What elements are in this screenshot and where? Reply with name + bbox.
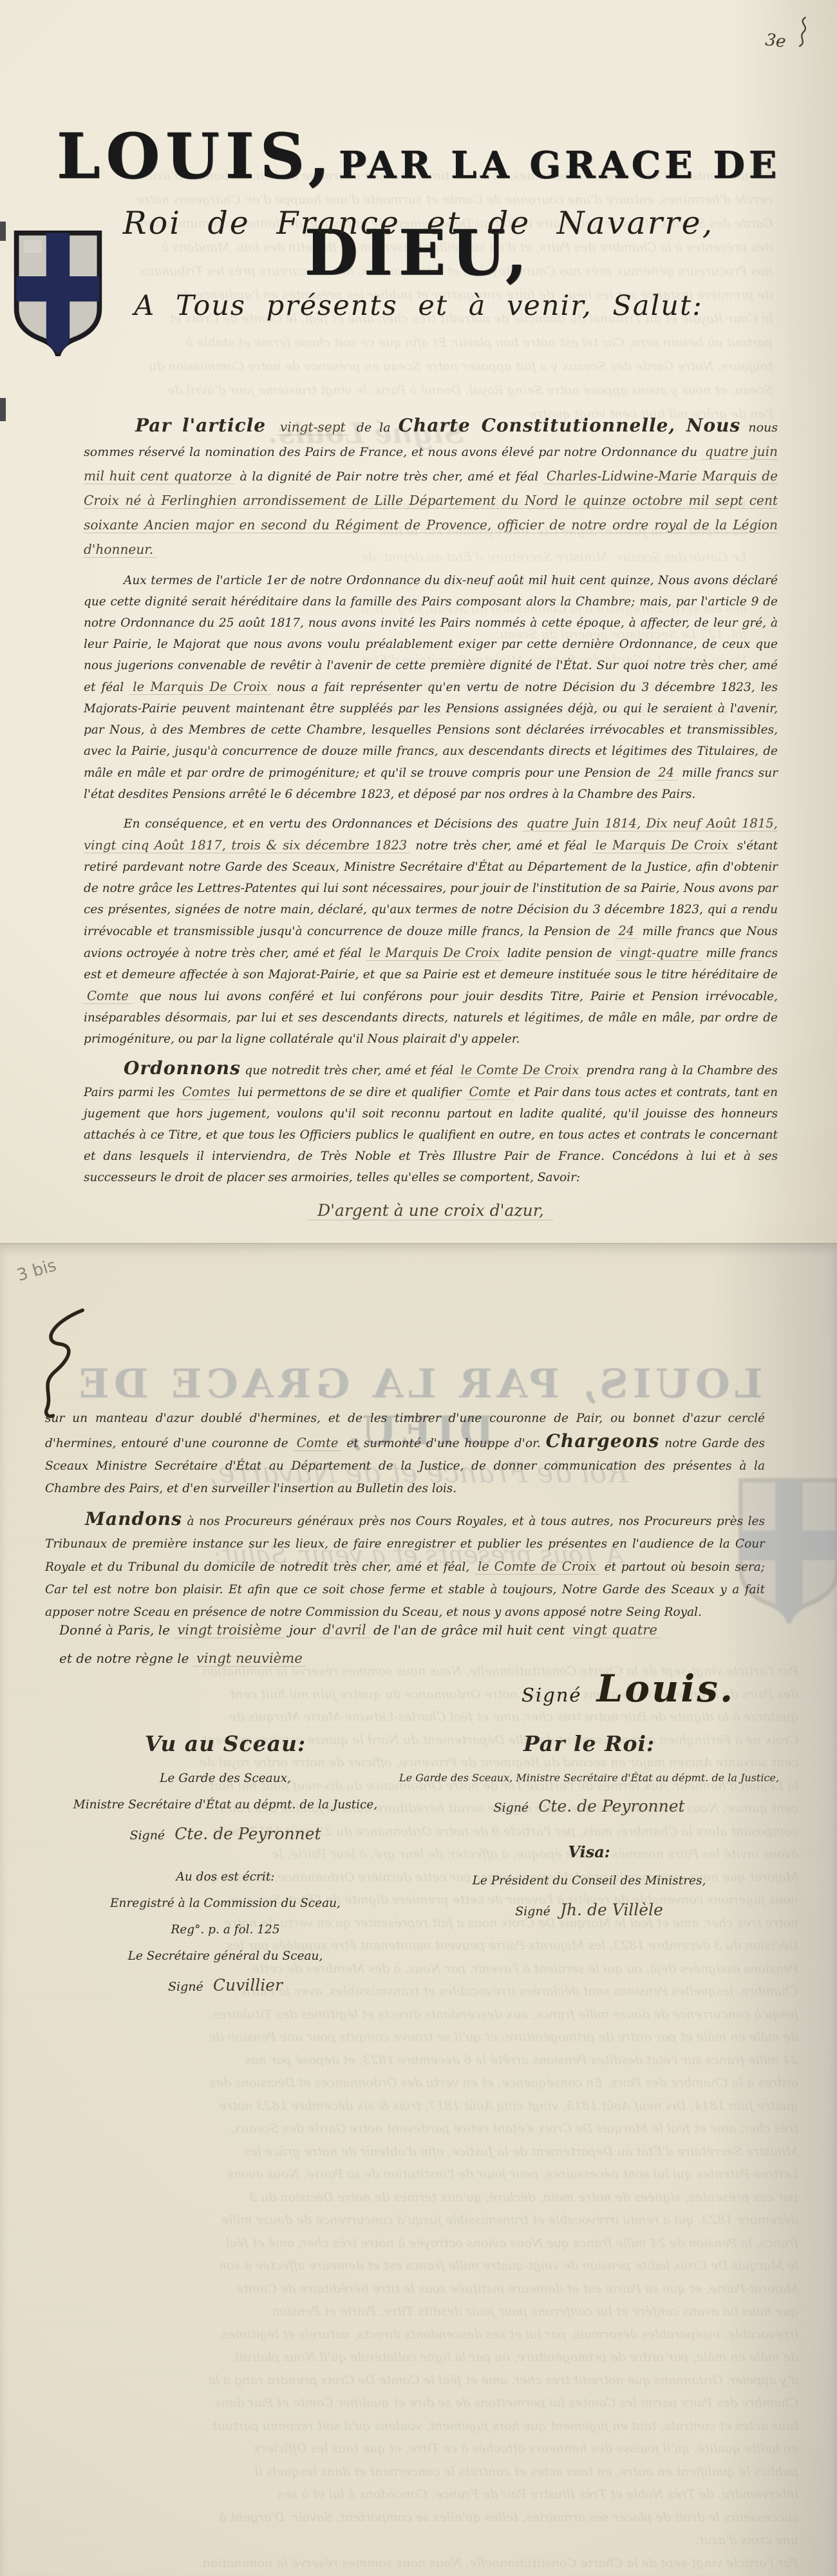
- paragraph-manteau: sur un manteau d'azur doublé d'hermines,…: [45, 1407, 765, 1500]
- engrossed-text: En conséquence, et en vertu des Ordonnan…: [124, 817, 523, 831]
- engrossed-text: Donné à Paris, le: [59, 1622, 174, 1638]
- handwritten-fill: vingt-sept: [277, 419, 349, 435]
- peyronnet-signature: Signé Cte. de Peyronnet: [71, 1824, 380, 1843]
- engrossed-text: notre très cher, amé et féal: [410, 839, 592, 853]
- signe-label: Signé: [522, 1684, 582, 1706]
- engrossed-text: s'étant retiré pardevant notre Garde des…: [84, 839, 778, 938]
- showthrough-line: toujours, Notre Garde des Sceaux y a fai…: [71, 355, 773, 379]
- title-par-la-grace: PAR LA GRACE DE: [339, 144, 780, 187]
- handwritten-fill: vingt troisième: [174, 1622, 285, 1638]
- handwritten-fill: Comte: [466, 1084, 514, 1100]
- handwritten-fill: vingt neuvième: [193, 1650, 306, 1667]
- blazon-line: D'argent à une croix d'azur,: [84, 1200, 778, 1221]
- corner-annotation-text: 3e: [764, 30, 787, 52]
- engrossed-text: Ordonnons: [124, 1057, 241, 1079]
- signe-label: Signé: [129, 1828, 165, 1842]
- engrossed-text: et Pair dans tous actes et contrats, tan…: [84, 1086, 778, 1184]
- document-scan: sur un manteau d'azur doublé d'hermines,…: [0, 0, 837, 2576]
- engrossed-text: et de notre règne le: [59, 1651, 193, 1666]
- engrossed-text: jour: [285, 1622, 319, 1638]
- corner-paraph-icon: [791, 14, 816, 50]
- reign-year-line: et de notre règne le vingt neuvième: [59, 1650, 639, 1666]
- handwritten-fill: Comtes: [179, 1084, 234, 1100]
- engrossed-text: et surmonté d'une houppe d'or.: [342, 1437, 546, 1450]
- page-1: sur un manteau d'azur doublé d'hermines,…: [0, 0, 837, 1243]
- title-louis: LOUIS,: [57, 120, 335, 193]
- corner-annotation: 3e: [764, 12, 816, 54]
- peyronnet-name: Cte. de Peyronnet: [168, 1824, 321, 1843]
- engrossed-text: de la: [349, 421, 399, 435]
- engrossed-text: Mandons: [85, 1508, 182, 1529]
- engrossed-text: Aux termes de l'article 1er de notre Ord…: [84, 574, 778, 694]
- handwritten-fill: le Marquis De Croix: [592, 838, 732, 853]
- handwritten-fill: vingt-quatre: [616, 945, 702, 961]
- page1-text-column: Par l'article vingt-sept de la Charte Co…: [84, 413, 778, 1229]
- cuvillier-signature: Signé Cuvillier: [71, 1976, 380, 1994]
- handwritten-fill: d'avril: [319, 1622, 370, 1638]
- au-dos-line: Au dos est écrit:: [71, 1870, 380, 1884]
- engrossed-text: Chargeons: [546, 1430, 660, 1452]
- blazon-text: D'argent à une croix d'azur,: [308, 1201, 553, 1220]
- villele-name: Jh. de Villèle: [554, 1900, 663, 1919]
- showthrough-line: Sceau, et nous y avons apposé notre Sein…: [71, 379, 773, 402]
- handwritten-fill: le Marquis De Croix: [129, 679, 271, 695]
- paragraph-ordonnons: Ordonnons que notredit très cher, amé et…: [84, 1057, 778, 1188]
- royal-signature: Signé Louis.: [522, 1667, 735, 1710]
- engrossed-text: Par l'article: [135, 415, 277, 436]
- paraph-flourish: [33, 1306, 98, 1422]
- salutation-line: A Tous présents et à venir, Salut:: [0, 290, 837, 322]
- page2-text-column: sur un manteau d'azur doublé d'hermines,…: [45, 1407, 765, 1631]
- peyronnet-name: Cte. de Peyronnet: [532, 1797, 684, 1815]
- seal-column: Vu au Sceau: Le Garde des Sceaux, Minist…: [71, 1731, 380, 2011]
- handwritten-fill: 24: [655, 765, 677, 781]
- paragraph-mandons: Mandons à nos Procureurs généraux près n…: [45, 1508, 765, 1624]
- vu-au-sceau-heading: Vu au Sceau:: [71, 1731, 380, 1756]
- signe-label: Signé: [493, 1801, 529, 1815]
- handwritten-fill: 24: [615, 923, 637, 939]
- villele-signature: Signé Jh. de Villèle: [390, 1900, 789, 1919]
- king-column: Par le Roi: Le Garde des Sceaux, Ministr…: [390, 1731, 789, 1936]
- paragraph-consequence: En conséquence, et en vertu des Ordonnan…: [84, 813, 778, 1050]
- title-roi-de-france: Roi de France et de Navarre,: [0, 205, 837, 241]
- handwritten-fill: le Marquis De Croix: [366, 945, 503, 961]
- handwritten-fill: le Comte De Croix: [457, 1063, 582, 1078]
- engrossed-text: que nous lui avons conféré et lui confér…: [84, 990, 778, 1046]
- enregistre-line: Enregistré à la Commission du Sceau,: [71, 1897, 380, 1910]
- engrossed-text: à la dignité de Pair notre très cher, am…: [235, 469, 543, 484]
- registre-folio-line: Reg°. p. a fol. 125: [71, 1923, 380, 1937]
- king-signature-name: Louis.: [585, 1667, 735, 1710]
- engrossed-text: lui permettons de se dire et qualifier: [234, 1086, 466, 1099]
- garde-des-sceaux-line: Le Garde des Sceaux,: [71, 1772, 380, 1785]
- handwritten-fill: Comte: [294, 1435, 342, 1451]
- engrossed-text: de l'an de grâce mil huit cent: [370, 1622, 569, 1638]
- signe-label: Signé: [515, 1904, 550, 1918]
- visa-heading: Visa:: [390, 1842, 789, 1861]
- garde-des-sceaux-full-line: Le Garde des Sceaux, Ministre Secrétaire…: [390, 1772, 789, 1784]
- engrossed-text: ladite pension de: [503, 947, 616, 960]
- peyronnet-signature-right: Signé Cte. de Peyronnet: [390, 1797, 789, 1815]
- handwritten-fill: Comte: [84, 989, 132, 1004]
- given-at-paris-line: Donné à Paris, le vingt troisième jour d…: [59, 1622, 793, 1638]
- paragraph-charte: Par l'article vingt-sept de la Charte Co…: [84, 413, 778, 562]
- paragraph-ordonnance-1815: Aux termes de l'article 1er de notre Ord…: [84, 570, 778, 805]
- scan-edge-mark: [0, 398, 6, 421]
- par-le-roi-heading: Par le Roi:: [390, 1731, 789, 1756]
- engrossed-text: que notredit très cher, amé et féal: [241, 1064, 458, 1077]
- engrossed-text: Charte Constitutionnelle, Nous: [399, 415, 741, 436]
- showthrough-line: partout où besoin sera; Car tel est notr…: [71, 331, 773, 355]
- handwritten-fill: le Comte de Croix: [475, 1559, 599, 1575]
- secretaire-general-line: Le Secrétaire général du Sceau,: [71, 1949, 380, 1963]
- signe-label: Signé: [168, 1980, 203, 1994]
- handwritten-fill: vingt quatre: [569, 1622, 661, 1638]
- ministre-line: Ministre Secrétaire d'État au dépmt. de …: [71, 1798, 380, 1812]
- cuvillier-name: Cuvillier: [207, 1976, 283, 1994]
- president-conseil-line: Le Président du Conseil des Ministres,: [390, 1874, 789, 1888]
